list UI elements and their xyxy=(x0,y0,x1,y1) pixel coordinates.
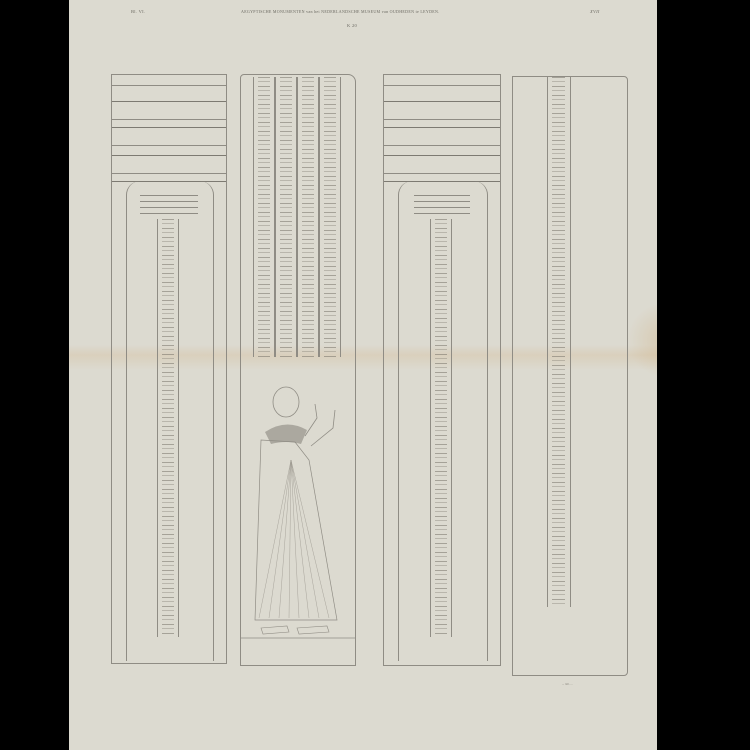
header-title: AEGYPTISCHE MONUMENTEN van het NEDERLAND… xyxy=(241,9,439,14)
stele-left-doorjamb xyxy=(111,74,227,664)
stele-right-doorjamb xyxy=(383,74,501,666)
inscription-column xyxy=(157,219,179,637)
inscription-column xyxy=(547,77,571,607)
header-subtitle: K 20 xyxy=(347,23,357,28)
inscription-column-1 xyxy=(253,77,275,357)
inscription-column-4 xyxy=(319,77,341,357)
inscription-column xyxy=(430,219,452,637)
stele-inscription xyxy=(512,76,628,676)
header-plate-number-left: Bl. VI. xyxy=(131,9,145,14)
standing-figure-illustration xyxy=(241,380,355,670)
engraver-signature: ... lith. ... xyxy=(562,682,573,686)
plate-paper: Bl. VI. AEGYPTISCHE MONUMENTEN van het N… xyxy=(69,0,657,750)
header-plate-number-right: XVII xyxy=(590,9,600,14)
inscription-column-2 xyxy=(275,77,297,357)
inscription-column-3 xyxy=(297,77,319,357)
stele-figure xyxy=(240,74,356,666)
